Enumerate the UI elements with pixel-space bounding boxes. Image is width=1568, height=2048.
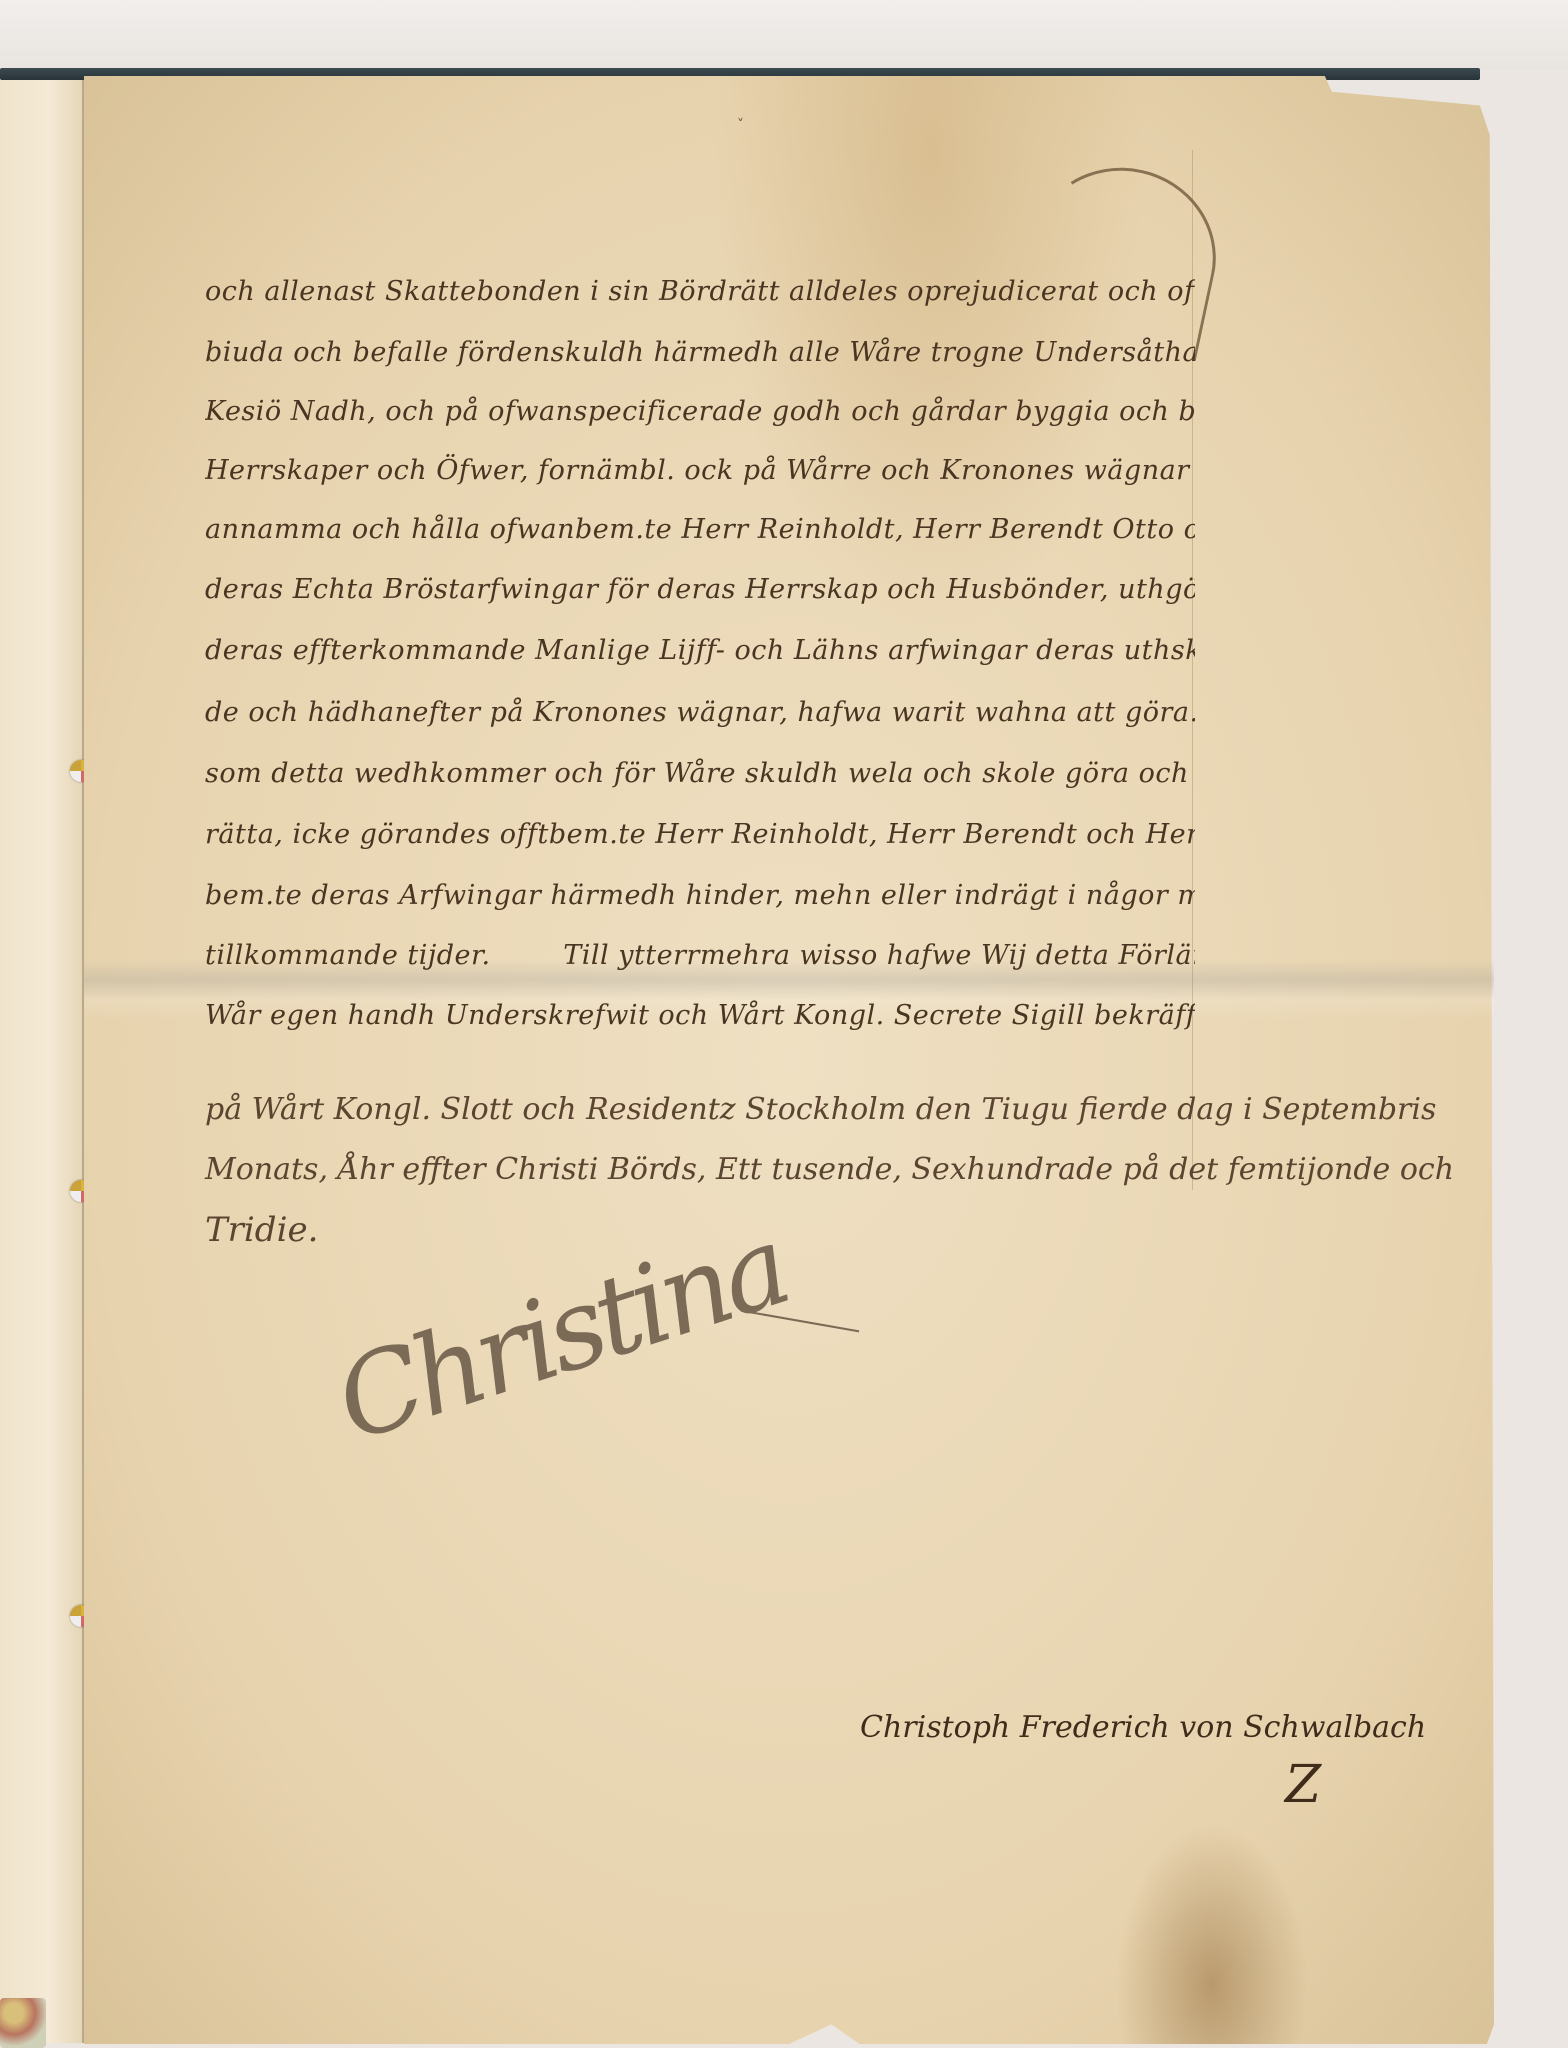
document-body: och allenast Skattebonden i sin Bördrätt… <box>205 260 1195 1046</box>
body-line: Wår egen handh Underskrefwit och Wårt Ko… <box>205 986 1195 1046</box>
paraph-mark: Z <box>1285 1755 1321 1815</box>
body-line: bem.te deras Arfwingar härmedh hinder, m… <box>205 866 1195 926</box>
scan-background <box>0 0 1568 70</box>
body-line: annamma och hålla ofwanbem.te Herr Reinh… <box>205 500 1195 560</box>
ink-mark: ˅ <box>737 117 744 133</box>
body-line: som detta wedhkommer och för Wåre skuldh… <box>205 744 1195 804</box>
body-line: de och hädhanefter på Kronones wägnar, h… <box>205 682 1195 744</box>
body-line: rätta, icke görandes offtbem.te Herr Rei… <box>205 804 1195 866</box>
body-line: deras effterkommande Manlige Lijff- och … <box>205 620 1195 682</box>
binding-tassel <box>0 1998 46 2048</box>
body-line: Kesiö Nadh, och på ofwanspecificerade go… <box>205 382 1195 442</box>
body-line: biuda och befalle fördenskuldh härmedh a… <box>205 324 1195 382</box>
body-line: deras Echta Bröstarfwingar för deras Her… <box>205 560 1195 620</box>
body-line: och allenast Skattebonden i sin Bördrätt… <box>205 260 1195 324</box>
body-line: tillkommande tijder. Till ytterrmehra wi… <box>205 926 1195 986</box>
date-line: Monats, Åhr effter Christi Börds, Ett tu… <box>205 1140 1205 1200</box>
date-line: på Wårt Kongl. Slott och Residentz Stock… <box>205 1080 1205 1140</box>
left-page-gutter <box>0 80 84 2043</box>
secretary-countersignature: Christoph Frederich von Schwalbach <box>860 1710 1426 1745</box>
body-line: Herrskaper och Öfwer, fornämbl. ock på W… <box>205 442 1195 500</box>
